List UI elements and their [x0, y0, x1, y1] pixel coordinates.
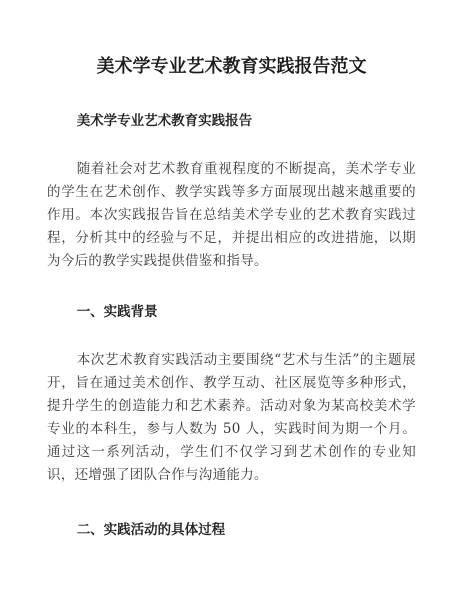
section-2-heading: 二、实践活动的具体过程: [47, 520, 416, 540]
document-title: 美术学专业艺术教育实践报告范文: [47, 55, 416, 79]
document-page: 美术学专业艺术教育实践报告范文 美术学专业艺术教育实践报告 随着社会对艺术教育重…: [0, 0, 463, 600]
section-1-heading: 一、实践背景: [47, 302, 416, 322]
document-subtitle: 美术学专业艺术教育实践报告: [47, 112, 416, 130]
section-1-paragraph: 本次艺术教育实践活动主要围绕“艺术与生活”的主题展开，旨在通过美术创作、教学互动…: [47, 349, 416, 487]
intro-paragraph: 随着社会对艺术教育重视程度的不断提高，美术学专业的学生在艺术创作、教学实践等多方…: [47, 158, 416, 273]
